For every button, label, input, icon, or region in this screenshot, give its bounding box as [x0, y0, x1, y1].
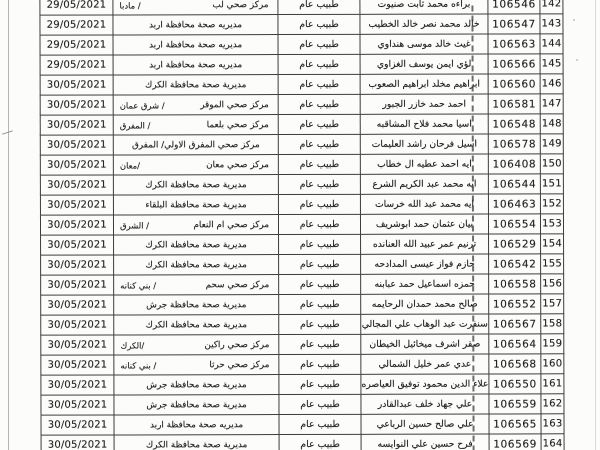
health-center-name: مديرية صحة محافظة جرش	[146, 400, 246, 410]
id-number-cell: 106565	[489, 414, 541, 434]
center-cell: مركز صحي معان /معان	[113, 155, 278, 175]
id-number-cell: 106552	[489, 294, 541, 314]
date-cell: 29/05/2021	[40, 0, 113, 15]
center-cell: مديرية صحة محافظة الكرك	[114, 255, 279, 275]
name-cell: حمزه اسماعيل حمد عبابنه	[361, 274, 489, 294]
name-cell: ابراهيم مخلد ابراهيم الصعوب	[360, 74, 488, 94]
health-center-name: مديرية صحة محافظة الكرك	[145, 80, 246, 90]
center-cell: مديرية صحة محافظة الكرك	[114, 315, 279, 335]
id-number-cell: 106547	[488, 14, 540, 34]
health-center-name: مديرية صحة محافظة الكرك	[146, 320, 247, 330]
health-center-name: مديرية صحة محافظة الكرك	[145, 180, 246, 190]
name-cell: فرح حسين علي النوايسه	[361, 434, 489, 450]
health-center-name: مركز صحي لب	[212, 0, 268, 10]
center-cell: مديريه صحة محافظة اربد	[113, 35, 278, 55]
date-cell: 30/05/2021	[40, 135, 113, 155]
table-row: 162 106559 علي جهاد خلف عبدالقادر طبيب ع…	[41, 394, 564, 415]
table-row: 156 106558 حمزه اسماعيل حمد عبابنه طبيب …	[41, 274, 564, 295]
scan-speck	[576, 59, 578, 61]
center-line: مركز صحي الموقر / شرق عمان	[114, 100, 278, 110]
serial-cell: 155	[541, 254, 564, 274]
date-cell: 30/05/2021	[41, 375, 114, 395]
center-cell: مديرية صحة محافظة جرش	[114, 295, 279, 315]
health-center-name: مركز صحي المفرق الاولي/ المفرق	[132, 140, 260, 150]
serial-cell: 147	[540, 94, 563, 114]
id-number-cell: 106566	[488, 54, 540, 74]
center-cell: مركز صحي راكين /الكرك	[114, 335, 279, 355]
scan-speck	[573, 19, 575, 21]
id-number-cell: 106554	[488, 214, 540, 234]
roster-table: 142 106546 براءه محمد ثابت صنيوت طبيب عا…	[39, 0, 564, 450]
name-cell: خالد محمد نصر خالد الخطيب	[360, 14, 488, 34]
center-line: مركز صحي معان /معان	[114, 160, 278, 170]
region-label: / مادبا	[119, 0, 140, 10]
center-line: مركز صحي بلعما / المفرق	[114, 120, 278, 130]
name-cell: عدي عمر خليل الشمالي	[361, 354, 489, 374]
job-title-cell: طبيب عام	[278, 94, 360, 114]
name-cell: بيان عثمان حمد ابوشريف	[360, 214, 488, 234]
center-line: مديرية صحة محافظة جرش	[114, 380, 278, 390]
table-row: 143 106547 خالد محمد نصر خالد الخطيب طبي…	[40, 14, 563, 35]
name-cell: ايه احمد عطيه ال خطاب	[360, 154, 488, 174]
serial-cell: 144	[540, 34, 563, 54]
center-cell: مديريه صحة محافظة اربد	[113, 55, 278, 75]
page-edge-right-line	[595, 0, 596, 450]
center-line: مديرية صحة محافظة جرش	[114, 400, 278, 410]
serial-cell: 160	[541, 354, 564, 374]
table-row: 160 106568 عدي عمر خليل الشمالي طبيب عام…	[41, 354, 564, 375]
center-line: مركز صحي راكين /الكرك	[114, 340, 278, 350]
center-line: مديرية صحة محافظة الكرك	[115, 440, 279, 450]
job-title-cell: طبيب عام	[278, 0, 360, 15]
records-tbody: 142 106546 براءه محمد ثابت صنيوت طبيب عا…	[40, 0, 564, 450]
center-cell: مركز صحي لب / مادبا	[113, 0, 278, 15]
serial-cell: 151	[540, 174, 563, 194]
name-cell: لؤي ايمن يوسف الغزاوي	[360, 54, 488, 74]
scanned-document-page: 142 106546 براءه محمد ثابت صنيوت طبيب عا…	[0, 0, 600, 450]
center-cell: مديرية صحة محافظة جرش	[114, 395, 279, 415]
date-cell: 30/05/2021	[41, 355, 114, 375]
job-title-cell: طبيب عام	[278, 54, 360, 74]
center-cell: مديرية صحة محافظة الكرك	[113, 75, 278, 95]
center-cell: مديريه صحة محافظة اربد	[113, 15, 278, 35]
center-cell: مديرية صحة محافظة الكرك	[114, 435, 279, 450]
serial-cell: 154	[541, 234, 564, 254]
table-row: 148 106548 اسيا محمد فلاح المشاقبه طبيب …	[40, 114, 563, 135]
center-cell: مركز صحي بلعما / المفرق	[113, 115, 278, 135]
serial-cell: 142	[540, 0, 563, 14]
name-cell: صالح محمد حمدان الرحايمه	[361, 294, 489, 314]
health-center-name: مديرية صحة محافظة الكرك	[145, 240, 246, 250]
table-row: 152 106463 ايه محمد عبد الله خرسات طبيب …	[40, 194, 563, 215]
center-line: مركز صحي ام النعام / الشرق	[114, 220, 278, 230]
center-line: مديرية صحة محافظة الكرك	[114, 240, 278, 250]
job-title-cell: طبيب عام	[279, 234, 361, 254]
id-number-cell: 106408	[488, 154, 540, 174]
job-title-cell: طبيب عام	[279, 354, 361, 374]
name-cell: اسيل فرحان راشد العليمات	[360, 134, 488, 154]
job-title-cell: طبيب عام	[278, 214, 360, 234]
date-cell: 30/05/2021	[41, 435, 114, 450]
id-number-cell: 106563	[488, 34, 540, 54]
table-row: 158 106567 سنفرت عبد الوهاب علي المجالي …	[41, 314, 564, 335]
date-cell: 29/05/2021	[40, 55, 113, 75]
serial-cell: 146	[540, 74, 563, 94]
date-cell: 29/05/2021	[40, 15, 113, 35]
name-cell: علي صالح حسين الرباعي	[361, 414, 489, 434]
center-cell: مديرية صحة محافظة جرش	[114, 375, 279, 395]
table-row: 149 106578 اسيل فرحان راشد العليمات طبيب…	[40, 134, 563, 155]
region-label: / المفرق	[120, 120, 151, 130]
center-line: مديرية صحة محافظة الكرك	[114, 180, 278, 190]
serial-cell: 158	[541, 314, 564, 334]
table-row: 142 106546 براءه محمد ثابت صنيوت طبيب عا…	[40, 0, 563, 15]
center-line: مديريه صحة محافظة اربد	[114, 40, 278, 50]
health-center-name: مركز صحي راكين	[204, 340, 269, 350]
health-center-name: مركز صحي حرثا	[209, 360, 269, 370]
center-cell: مديريه صحة محافظة اربد	[114, 415, 279, 435]
table-row: 155 106542 حازم فواز عيسى المدادحه طبيب …	[41, 254, 564, 275]
date-cell: 30/05/2021	[41, 255, 114, 275]
center-line: مديريه صحة محافظة اربد	[113, 20, 277, 30]
serial-cell: 164	[541, 434, 564, 450]
date-cell: 30/05/2021	[40, 175, 113, 195]
date-cell: 30/05/2021	[40, 95, 113, 115]
job-title-cell: طبيب عام	[279, 294, 361, 314]
job-title-cell: طبيب عام	[278, 74, 360, 94]
serial-cell: 149	[540, 134, 563, 154]
job-title-cell: طبيب عام	[279, 254, 361, 274]
center-line: مديريه صحة محافظة اربد	[115, 420, 279, 430]
page-edge-left-line	[8, 0, 9, 450]
job-title-cell: طبيب عام	[278, 134, 360, 154]
table-row: 151 106544 ايه محمد عبد الكريم الشرع طبي…	[40, 174, 563, 195]
region-label: /الكرك	[120, 340, 144, 350]
region-label: / بني كنانه	[120, 360, 156, 370]
health-center-name: مديريه صحة محافظة اربد	[149, 20, 242, 30]
health-center-name: مركز صحي سحم	[206, 280, 270, 290]
center-cell: مركز صحي المفرق الاولي/ المفرق	[113, 135, 278, 155]
job-title-cell: طبيب عام	[278, 194, 360, 214]
name-cell: صقر اشرف ميخائيل الخيطان	[361, 334, 489, 354]
date-cell: 30/05/2021	[41, 275, 114, 295]
region-label: / الشرق	[120, 220, 149, 230]
date-cell: 30/05/2021	[41, 335, 114, 355]
health-center-name: مديريه صحة محافظة اربد	[149, 40, 242, 50]
center-line: مركز صحي حرثا / بني كنانه	[114, 360, 278, 370]
table-row: 161 106550 علاء الدين محمود توفيق العياص…	[41, 374, 564, 395]
center-cell: مديرية صحة محافظة البلقاء	[113, 195, 278, 215]
center-line: مديرية صحة محافظة جرش	[114, 300, 278, 310]
center-line: مديرية صحة محافظة الكرك	[114, 80, 278, 90]
date-cell: 30/05/2021	[41, 315, 114, 335]
table-row: 157 106552 صالح محمد حمدان الرحايمه طبيب…	[41, 294, 564, 315]
date-cell: 30/05/2021	[40, 215, 113, 235]
center-cell: مركز صحي ام النعام / الشرق	[113, 215, 278, 235]
serial-cell: 152	[540, 194, 563, 214]
date-cell: 30/05/2021	[40, 195, 113, 215]
health-center-name: مديرية صحة محافظة البلقاء	[145, 200, 246, 210]
id-number-cell: 106559	[489, 394, 541, 414]
id-number-cell: 106560	[488, 74, 540, 94]
table-row: 145 106566 لؤي ايمن يوسف الغزاوي طبيب عا…	[40, 54, 563, 75]
job-title-cell: طبيب عام	[278, 14, 360, 34]
center-line: مركز صحي المفرق الاولي/ المفرق	[114, 140, 278, 150]
serial-cell: 150	[540, 154, 563, 174]
table-row: 153 106554 بيان عثمان حمد ابوشريف طبيب ع…	[40, 214, 563, 235]
center-line: مديرية صحة محافظة البلقاء	[114, 200, 278, 210]
health-center-name: مركز صحي الموقر	[200, 100, 269, 110]
name-cell: غيث خالد موسى هنداوي	[360, 34, 488, 54]
center-line: مديرية صحة محافظة الكرك	[114, 260, 278, 270]
health-center-name: مديرية صحة محافظة جرش	[146, 300, 246, 310]
serial-cell: 148	[540, 114, 563, 134]
id-number-cell: 106550	[489, 374, 541, 394]
table-row: 146 106560 ابراهيم مخلد ابراهيم الصعوب ط…	[40, 74, 563, 95]
name-cell: علاء الدين محمود توفيق العياصره	[361, 374, 489, 394]
serial-cell: 145	[540, 54, 563, 74]
name-cell: حازم فواز عيسى المدادحه	[361, 254, 489, 274]
region-label: / بني كنانه	[120, 280, 156, 290]
date-cell: 29/05/2021	[40, 35, 113, 55]
name-cell: سنفرت عبد الوهاب علي المجالي	[361, 314, 489, 334]
id-number-cell: 106463	[488, 194, 540, 214]
name-cell: علي جهاد خلف عبدالقادر	[361, 394, 489, 414]
health-center-name: مديرية صحة محافظة جرش	[146, 380, 246, 390]
job-title-cell: طبيب عام	[279, 394, 361, 414]
table-row: 163 106565 علي صالح حسين الرباعي طبيب عا…	[41, 414, 564, 435]
table-row: 150 106408 ايه احمد عطيه ال خطاب طبيب عا…	[40, 154, 563, 175]
date-cell: 30/05/2021	[40, 155, 113, 175]
id-number-cell: 106581	[488, 94, 540, 114]
health-center-name: مركز صحي ام النعام	[193, 220, 269, 230]
health-center-name: مديريه صحة محافظة اربد	[149, 60, 242, 70]
id-number-cell: 106569	[489, 434, 541, 450]
id-number-cell: 106567	[489, 314, 541, 334]
date-cell: 30/05/2021	[41, 235, 114, 255]
date-cell: 30/05/2021	[41, 395, 114, 415]
serial-cell: 159	[541, 334, 564, 354]
job-title-cell: طبيب عام	[278, 174, 360, 194]
job-title-cell: طبيب عام	[279, 434, 361, 450]
health-center-name: مديرية صحة محافظة الكرك	[146, 440, 247, 450]
job-title-cell: طبيب عام	[279, 414, 361, 434]
job-title-cell: طبيب عام	[278, 154, 360, 174]
center-cell: مديرية صحة محافظة الكرك	[114, 235, 279, 255]
date-cell: 30/05/2021	[40, 75, 113, 95]
name-cell: احمد حمد خازر الجبور	[360, 94, 488, 114]
center-cell: مركز صحي سحم / بني كنانه	[114, 275, 279, 295]
center-line: مديريه صحة محافظة اربد	[114, 60, 278, 70]
center-cell: مديرية صحة محافظة الكرك	[113, 175, 278, 195]
serial-cell: 162	[541, 394, 564, 414]
table-row: 154 106529 ترنيم عمر عبيد الله العنانده …	[41, 234, 564, 255]
name-cell: ايه محمد عبد الكريم الشرع	[360, 174, 488, 194]
id-number-cell: 106568	[489, 354, 541, 374]
table-row: 164 106569 فرح حسين علي النوايسه طبيب عا…	[41, 434, 564, 450]
id-number-cell: 106546	[488, 0, 540, 14]
job-title-cell: طبيب عام	[279, 334, 361, 354]
center-line: مركز صحي سحم / بني كنانه	[114, 280, 278, 290]
serial-cell: 163	[541, 414, 564, 434]
center-cell: مركز صحي حرثا / بني كنانه	[114, 355, 279, 375]
job-title-cell: طبيب عام	[279, 274, 361, 294]
center-line: مركز صحي لب / مادبا	[113, 0, 277, 10]
health-center-name: مركز صحي معان	[206, 160, 269, 170]
job-title-cell: طبيب عام	[278, 114, 360, 134]
id-number-cell: 106529	[489, 234, 541, 254]
id-number-cell: 106544	[488, 174, 540, 194]
serial-cell: 153	[540, 214, 563, 234]
serial-cell: 157	[541, 294, 564, 314]
region-label: /معان	[120, 160, 140, 170]
region-label: / شرق عمان	[120, 100, 165, 110]
date-cell: 30/05/2021	[40, 115, 113, 135]
id-number-cell: 106558	[489, 274, 541, 294]
center-cell: مركز صحي الموقر / شرق عمان	[113, 95, 278, 115]
job-title-cell: طبيب عام	[279, 314, 361, 334]
table-row: 147 106581 احمد حمد خازر الجبور طبيب عام…	[40, 94, 563, 115]
id-number-cell: 106564	[489, 334, 541, 354]
date-cell: 30/05/2021	[41, 415, 114, 435]
serial-cell: 143	[540, 14, 563, 34]
job-title-cell: طبيب عام	[278, 34, 360, 54]
table-row: 159 106564 صقر اشرف ميخائيل الخيطان طبيب…	[41, 334, 564, 355]
id-number-cell: 106542	[489, 254, 541, 274]
health-center-name: مركز صحي بلعما	[207, 120, 269, 130]
health-center-name: مديريه صحة محافظة اربد	[150, 420, 243, 430]
job-title-cell: طبيب عام	[279, 374, 361, 394]
serial-cell: 161	[541, 374, 564, 394]
health-center-name: مديرية صحة محافظة الكرك	[145, 260, 246, 270]
date-cell: 30/05/2021	[41, 295, 114, 315]
name-cell: ايه محمد عبد الله خرسات	[360, 194, 488, 214]
records-table: 142 106546 براءه محمد ثابت صنيوت طبيب عا…	[39, 0, 563, 450]
id-number-cell: 106548	[488, 114, 540, 134]
serial-cell: 156	[541, 274, 564, 294]
table-row: 144 106563 غيث خالد موسى هنداوي طبيب عام…	[40, 34, 563, 55]
center-line: مديرية صحة محافظة الكرك	[114, 320, 278, 330]
name-cell: براءه محمد ثابت صنيوت	[360, 0, 488, 14]
name-cell: ترنيم عمر عبيد الله العنانده	[361, 234, 489, 254]
name-cell: اسيا محمد فلاح المشاقبه	[360, 114, 488, 134]
id-number-cell: 106578	[488, 134, 540, 154]
